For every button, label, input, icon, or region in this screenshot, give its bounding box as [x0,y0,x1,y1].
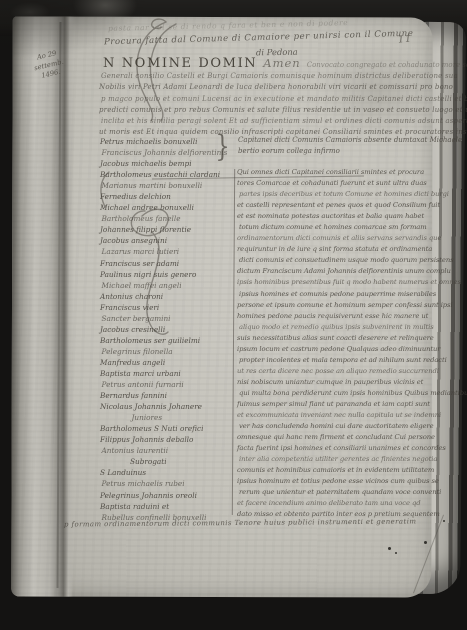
body-text-line: partes ipsis deceribus et totum Comune e… [239,189,467,200]
body-text-line: rerum que unientur et paternitatem quand… [239,487,467,498]
signatory-name: Bartholomeus S Nuti orefici [100,423,227,434]
signatory-name: Bartholomeus ser guilielmi [100,335,227,346]
signatory-name: Marianus martini bonuxelli [102,180,228,191]
ink-speck [395,552,397,554]
manuscript-photo: pasta nar vol se di rendo q fara et ben … [0,0,467,630]
body-text-line: ipsius homines et comunis pedone pauperr… [239,289,467,300]
signatories-list: Petrus michaelis bonuxelliFranciscus Joh… [100,136,227,523]
signatory-name: Jacobus ansegnini [100,235,227,246]
signatory-name: Sancter bergamini [102,313,228,324]
act-body-text: Qui omnes dicti Capitanei consiliarii sm… [237,167,467,521]
body-text-line: suis necessitatibus alias sunt coacti de… [237,333,467,344]
body-text-line: Qui omnes dicti Capitanei consiliarii sm… [237,167,467,178]
signatory-name: Paulinus nigri suis genero [100,269,227,280]
signatory-name: Subrogati [100,456,227,467]
signatory-name: Petrus antonii furnarii [102,379,228,390]
body-text-line: et castelli representant et penes quos e… [237,200,467,211]
signatory-name: Antonius charoni [100,291,227,302]
preamble-line: Generali consilio Castelli et Burgi Cama… [101,71,467,82]
body-text-line: facta fuerint ipsi homines et consiliari… [237,443,467,454]
signatory-name: Franciscus ser adami [100,258,227,269]
body-text-line: comunis et hominibus camaioris et in evi… [237,465,467,476]
capitanei-note: Capitanei dicti Comunis Camaioris absent… [238,135,462,158]
signatory-name: Petrus michaelis rubei [102,478,228,489]
signatory-name: Franciscus Johannis delfiorentinis [102,147,228,158]
preamble-line: Nobilis viri Petri Adami Leonardi de luc… [99,82,467,93]
invocation-amen: Amen [263,56,300,70]
signatory-name: S Landuinus [100,467,227,478]
body-text-line: dictum Franciscum Adami Johannis delfior… [237,266,467,277]
body-text-line: ordinamentorum dicti comunis et aliis se… [237,233,467,244]
signatory-name: Michael andree bonuxelli [100,202,227,213]
signatory-name: Baptista raduini et [100,501,227,512]
signatory-name: Franciscus vieri [100,302,227,313]
body-text-line: totum dictum comune et homines comarcae … [239,222,467,233]
body-text-line: dicti comunis et consuetudinem usque mod… [239,255,467,266]
signatory-name: Pelegrinus Johannis oreoli [100,490,227,501]
invocation-large-text: N NOMINE DOMIN [103,56,257,71]
body-text-line: ver has concludenda homini cui dare auct… [239,421,467,432]
signatory-name: Fernedius delchion [100,191,227,202]
body-text-line: nisi nobiscum uniantur cumque in pauperi… [237,377,467,388]
preamble-paragraph: Generali consilio Castelli et Burgi Cama… [99,71,467,139]
signatory-name: Jacobus michaelis bempi [100,158,227,169]
signatory-name: Pelegrinus filonella [102,346,228,357]
body-text-line: homines pedone paucis requisiverunt esse… [237,311,467,322]
signatory-name: Johannes filippi florentie [100,224,227,235]
body-text-line: et est nominata potestas auctoritas et b… [237,211,467,222]
folio-number: 11 [398,33,413,45]
body-text-line: ipsius hominum et totius pedone esse vic… [237,476,467,487]
preamble-line: predicti comunis et pro rebus Comunis et… [99,105,467,116]
body-text-line: propter incolentes et mala tempora et ad… [239,355,467,366]
body-text-line: tores Comarcae et cohadunati fuerunt et … [237,178,467,189]
ink-speck [388,547,391,550]
preamble-line: inclita et his similia peragi solent Et … [101,116,467,127]
body-text-line: ipsis hominibus presentibus fuit q modo … [237,277,467,288]
body-text-line: qui multa bona perdiderunt cum ipsis hom… [239,388,467,399]
signatory-name: Juniores [102,412,228,423]
body-text-line: fuimus semper simul fiant ut parananda e… [237,399,467,410]
body-text-line: aliquo modo et remedio quibus ipsis subv… [239,322,467,333]
capitanei-note-line: bertio eorum collega infirmo [238,146,462,157]
body-text-line: requiruntur in de iure q sint forma stat… [237,244,467,255]
signatory-name: Filippus Johannis deballo [100,434,227,445]
signatory-name: Petrus michaelis bonuxelli [100,136,227,147]
body-text-line: inter alia competentia utiliter gerentes… [239,454,467,465]
body-text-line: et excommunicata inveniant nec nulla cap… [237,410,467,421]
signatory-name: Manfredus angeli [100,357,227,368]
signatory-name: Baptista marci urbani [100,368,227,379]
capitanei-note-line: Capitanei dicti Comunis Camaioris absent… [238,135,462,146]
body-text-line: ut res certa dicere nec posse an aliquo … [237,366,467,377]
signatory-name: Antonius laurentii [102,445,228,456]
invocation-heading: N NOMINE DOMINAmenConvocato congregato e… [103,52,467,71]
signatory-name: Michael maffei angeli [102,280,228,291]
body-text-line: et facere incendium animo deliberato tam… [237,498,467,509]
signatory-name: Nicolaus Johannis Johanere [100,401,227,412]
invocation-trailing-script: Convocato congregato et cohadunato more … [307,61,467,69]
preamble-line: p magco populo et comuni Lucensi ac in e… [101,94,467,105]
body-text-line: omnesque qui hanc rem firment et conclud… [237,432,467,443]
signatory-name: Bartholomeus fanelle [102,213,228,224]
body-text-line: ipsum locum et castrum pedone Qualquas a… [237,344,467,355]
signatory-name: Lazarus marci lutieri [102,246,228,257]
body-text-line: persone et ipsum comune et hominum sempe… [237,300,467,311]
signatory-name: Jacobus cresinelli [100,324,227,335]
ink-speck [424,541,427,544]
signatory-name: Bernardus fannini [100,390,227,401]
